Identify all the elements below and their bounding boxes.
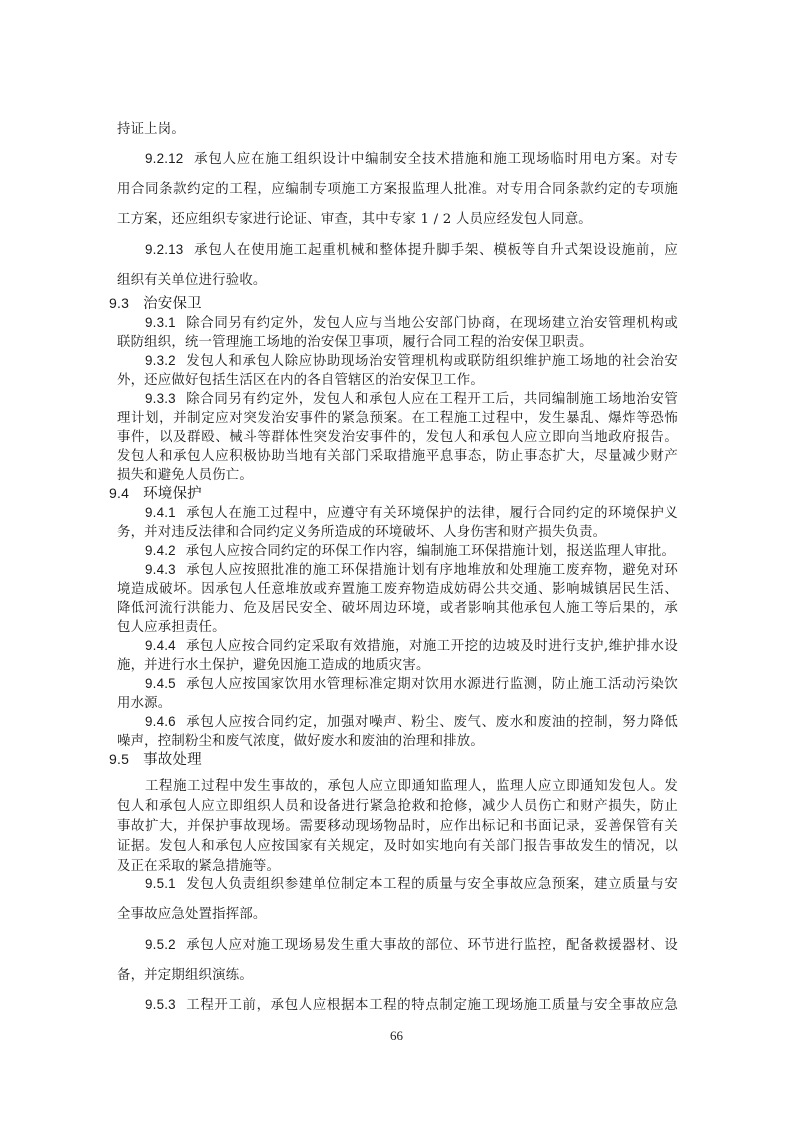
clause-9-2-12: 9.2.12承包人应在施工组织设计中编制安全技术措施和施工现场临时用电方案。对专 xyxy=(145,148,678,167)
section-heading-9-3: 9.3治安保卫 xyxy=(109,292,670,313)
text-line: 外，还应做好包括生活区在内的各自管辖区的治安保卫工作。 xyxy=(117,369,678,388)
text-line: 发包人和承包人应积极协助当地有关部门采取措施平息事态，防止事态扩大，尽量减少财产 xyxy=(117,445,678,464)
clause-9-4-6: 9.4.6承包人应按合同约定，加强对噪声、粉尘、废气、废水和废油的控制，努力降低 xyxy=(145,711,678,730)
text-line: 境造成破坏。因承包人任意堆放或弃置施工废弃物造成妨碍公共交通、影响城镇居民生活、 xyxy=(117,578,678,597)
clause-number: 9.2.12 xyxy=(145,151,183,166)
text-line: 务，并对违反法律和合同约定义务所造成的环境破坏、人身伤害和财产损失负责。 xyxy=(117,521,678,540)
clause-9-4-1: 9.4.1承包人在施工过程中，应遵守有关环境保护的法律，履行合同约定的环境保护义 xyxy=(145,502,678,521)
page-number: 66 xyxy=(0,1028,793,1044)
text-line: 用水源。 xyxy=(117,692,678,711)
section-heading-9-5: 9.5事故处理 xyxy=(109,748,670,769)
text-line: 联防组织，统一管理施工场地的治安保卫事项，履行合同工程的治安保卫职责。 xyxy=(117,331,678,350)
clause-9-4-3: 9.4.3承包人应按照批准的施工环保措施计划有序地堆放和处理施工废弃物，避免对环 xyxy=(145,559,678,578)
text-line: 施，并进行水土保护，避免因施工造成的地质灾害。 xyxy=(117,654,678,673)
text-line: 噪声，控制粉尘和废气浓度，做好废水和废油的治理和排放。 xyxy=(117,730,678,749)
text-line: 证据。发包人和承包人应按国家有关规定，及时如实地向有关部门报告事故发生的情况，以 xyxy=(117,835,678,854)
text-line: 事故扩大，并保护事故现场。需要移动现场物品时，应作出标记和书面记录，妥善保管有关 xyxy=(117,815,678,834)
clause-9-5-2: 9.5.2承包人应对施工现场易发生重大事故的部位、环节进行监控，配备救援器材、设 xyxy=(145,934,678,953)
text-line: 工方案，还应组织专家进行论证、审查，其中专家 1 / 2 人员应经发包人同意。 xyxy=(117,208,678,227)
clause-9-4-2: 9.4.2承包人应按合同约定的环保工作内容，编制施工环保措施计划，报送监理人审批… xyxy=(145,540,678,559)
text-line: 降低河流行洪能力、危及居民安全、破坏周边环境，或者影响其他承包人施工等后果的，承 xyxy=(117,597,678,616)
clause-9-5-3: 9.5.3工程开工前，承包人应根据本工程的特点制定施工现场施工质量与安全事故应急 xyxy=(145,994,678,1013)
text-line: 全事故应急处置指挥部。 xyxy=(117,903,678,922)
clause-9-3-2: 9.3.2发包人和承包人除应协助现场治安管理机构或联防组织维护施工场地的社会治安 xyxy=(145,350,678,369)
section-heading-9-4: 9.4环境保护 xyxy=(109,482,670,503)
text-line: 备，并定期组织演练。 xyxy=(117,964,678,983)
clause-number: 9.2.13 xyxy=(145,242,183,257)
text-line: 包人和承包人应立即组织人员和设备进行紧急抢救和抢修，减少人员伤亡和财产损失，防止 xyxy=(117,795,678,814)
text-line: 事件，以及群殴、械斗等群体性突发治安事件的，发包人和承包人应立即向当地政府报告。 xyxy=(117,426,678,445)
clause-9-4-5: 9.4.5承包人应按国家饮用水管理标准定期对饮用水源进行监测，防止施工活动污染饮 xyxy=(145,673,678,692)
text-line: 理计划，并制定应对突发治安事件的紧急预案。在工程施工过程中，发生暴乱、爆炸等恐怖 xyxy=(117,407,678,426)
clause-9-5-1: 9.5.1发包人负责组织参建单位制定本工程的质量与安全事故应急预案，建立质量与安 xyxy=(145,873,678,892)
text-line: 及正在采取的紧急措施等。 xyxy=(117,855,678,874)
text-line: 包人应承担责任。 xyxy=(117,616,678,635)
text-line: 损失和避免人员伤亡。 xyxy=(117,464,678,483)
paragraph-9-5: 工程施工过程中发生事故的，承包人应立即通知监理人，监理人应立即通知发包人。发 xyxy=(145,775,678,794)
clause-9-2-13: 9.2.13承包人在使用施工起重机械和整体提升脚手架、模板等自升式架设设施前，应 xyxy=(145,239,678,258)
text-line: 用合同条款约定的工程，应编制专项施工方案报监理人批准。对专用合同条款约定的专项施 xyxy=(117,178,678,197)
clause-9-3-3: 9.3.3除合同另有约定外，发包人和承包人应在工程开工后，共同编制施工场地治安管 xyxy=(145,388,678,407)
clause-9-3-1: 9.3.1除合同另有约定外，发包人应与当地公安部门协商，在现场建立治安管理机构或 xyxy=(145,312,678,331)
clause-9-4-4: 9.4.4承包人应按合同约定采取有效措施，对施工开挖的边坡及时进行支护,维护排水… xyxy=(145,635,678,654)
text-line: 持证上岗。 xyxy=(117,118,678,137)
text-line: 组织有关单位进行验收。 xyxy=(117,269,678,288)
